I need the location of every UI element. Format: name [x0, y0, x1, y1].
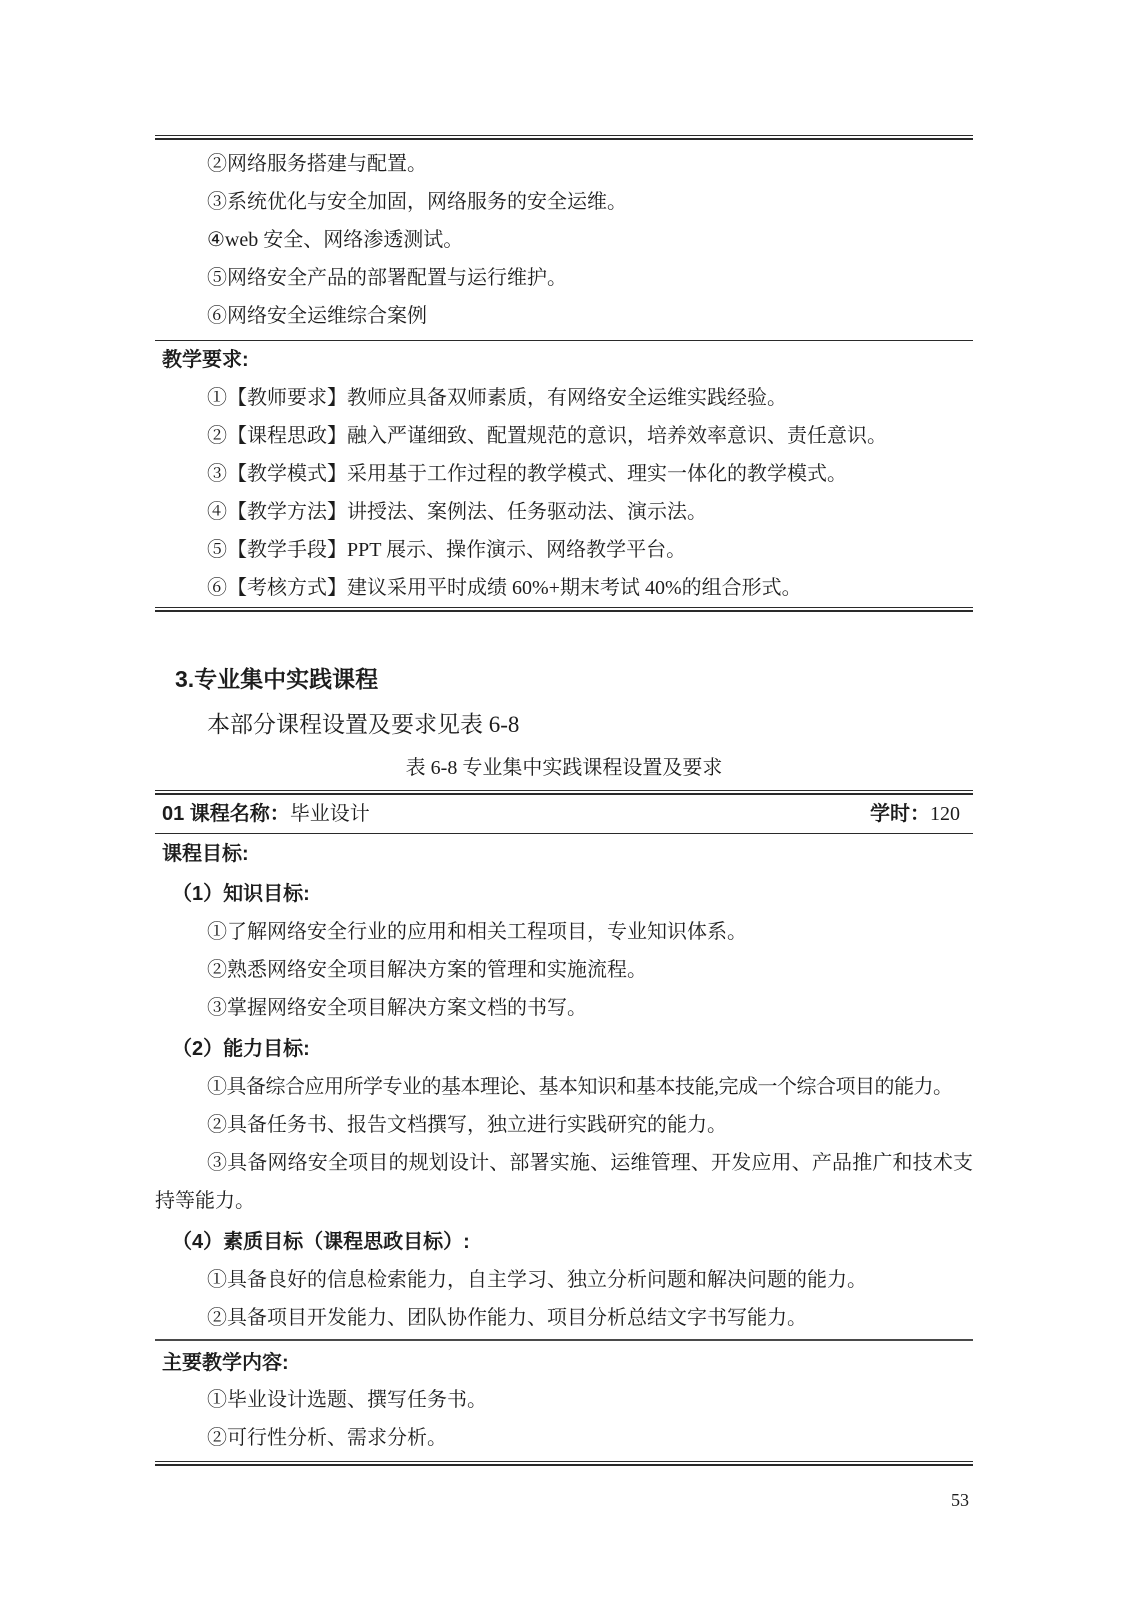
objective-group-title: （1）知识目标: — [172, 875, 973, 913]
teaching-requirements-row: 教学要求: ①【教师要求】教师应具备双师素质，有网络安全运维实践经验。 ②【课程… — [155, 341, 973, 607]
list-item: ③掌握网络安全项目解决方案文档的书写。 — [155, 989, 973, 1027]
section-heading: 3.专业集中实践课程 — [175, 664, 973, 694]
table-top-double-rule — [155, 790, 973, 795]
list-item: ②具备任务书、报告文档撰写，独立进行实践研究的能力。 — [155, 1106, 973, 1144]
list-item: ①具备良好的信息检索能力，自主学习、独立分析问题和解决问题的能力。 — [155, 1261, 973, 1299]
section-3: 3.专业集中实践课程 本部分课程设置及要求见表 6-8 表 6-8 专业集中实践… — [155, 664, 973, 782]
list-item: ①具备综合应用所学专业的基本理论、基本知识和基本技能,完成一个综合项目的能力。 — [155, 1068, 973, 1106]
course-teaching-content-row: 主要教学内容: ①毕业设计选题、撰写任务书。 ②可行性分析、需求分析。 — [155, 1341, 973, 1461]
table-caption: 表 6-8 专业集中实践课程设置及要求 — [155, 754, 973, 782]
list-item: ②【课程思政】融入严谨细致、配置规范的意识，培养效率意识、责任意识。 — [155, 417, 973, 455]
list-item: ②熟悉网络安全项目解决方案的管理和实施流程。 — [155, 951, 973, 989]
list-item: ③系统优化与安全加固，网络服务的安全运维。 — [155, 183, 973, 221]
list-item: ⑥网络安全运维综合案例 — [155, 297, 973, 335]
list-item: ③具备网络安全项目的规划设计、部署实施、运维管理、开发应用、产品推广和技术支持等… — [155, 1144, 973, 1220]
course-hours-cell: 学时：120 — [870, 795, 973, 833]
list-item: ②可行性分析、需求分析。 — [155, 1419, 973, 1457]
course-hours-value: 120 — [930, 803, 960, 825]
objective-group-title: （2）能力目标: — [172, 1030, 973, 1068]
table-top-double-rule — [155, 135, 973, 140]
row-header-teaching-content: 主要教学内容: — [155, 1341, 973, 1381]
table-bottom-double-rule — [155, 1461, 973, 1466]
section-intro: 本部分课程设置及要求见表 6-8 — [207, 710, 973, 740]
list-item: ④web 安全、网络渗透测试。 — [155, 221, 973, 259]
course-hours-label: 学时： — [870, 803, 930, 825]
list-item: ①了解网络安全行业的应用和相关工程项目，专业知识体系。 — [155, 913, 973, 951]
list-item: ⑤【教学手段】PPT 展示、操作演示、网络教学平台。 — [155, 531, 973, 569]
document-page: ②网络服务搭建与配置。 ③系统优化与安全加固，网络服务的安全运维。 ④web 安… — [155, 135, 973, 1510]
course-name-value: 毕业设计 — [290, 803, 370, 825]
list-item: ②具备项目开发能力、团队协作能力、项目分析总结文字书写能力。 — [155, 1299, 973, 1337]
teaching-content-items-row: ②网络服务搭建与配置。 ③系统优化与安全加固，网络服务的安全运维。 ④web 安… — [155, 140, 973, 341]
list-item: ①毕业设计选题、撰写任务书。 — [155, 1381, 973, 1419]
course-title-row: 01 课程名称：毕业设计 学时：120 — [155, 795, 973, 834]
prev-course-table: ②网络服务搭建与配置。 ③系统优化与安全加固，网络服务的安全运维。 ④web 安… — [155, 135, 973, 612]
objective-group-title: （4）素质目标（课程思政目标）: — [172, 1223, 973, 1261]
page-number: 53 — [155, 1490, 973, 1510]
list-item: ③【教学模式】采用基于工作过程的教学模式、理实一体化的教学模式。 — [155, 455, 973, 493]
list-item: ①【教师要求】教师应具备双师素质，有网络安全运维实践经验。 — [155, 379, 973, 417]
table-bottom-double-rule — [155, 607, 973, 612]
course-table-6-8: 01 课程名称：毕业设计 学时：120 课程目标: （1）知识目标: ①了解网络… — [155, 790, 973, 1466]
row-header-teaching-requirements: 教学要求: — [155, 341, 973, 379]
list-item: ⑤网络安全产品的部署配置与运行维护。 — [155, 259, 973, 297]
course-name-label: 01 课程名称： — [162, 803, 290, 825]
list-item: ④【教学方法】讲授法、案例法、任务驱动法、演示法。 — [155, 493, 973, 531]
list-item: ⑥【考核方式】建议采用平时成绩 60%+期末考试 40%的组合形式。 — [155, 569, 973, 607]
list-item: ②网络服务搭建与配置。 — [155, 145, 973, 183]
course-name-cell: 01 课程名称：毕业设计 — [155, 795, 370, 833]
course-objectives-row: 课程目标: （1）知识目标: ①了解网络安全行业的应用和相关工程项目，专业知识体… — [155, 834, 973, 1341]
row-header-course-objectives: 课程目标: — [155, 834, 973, 872]
